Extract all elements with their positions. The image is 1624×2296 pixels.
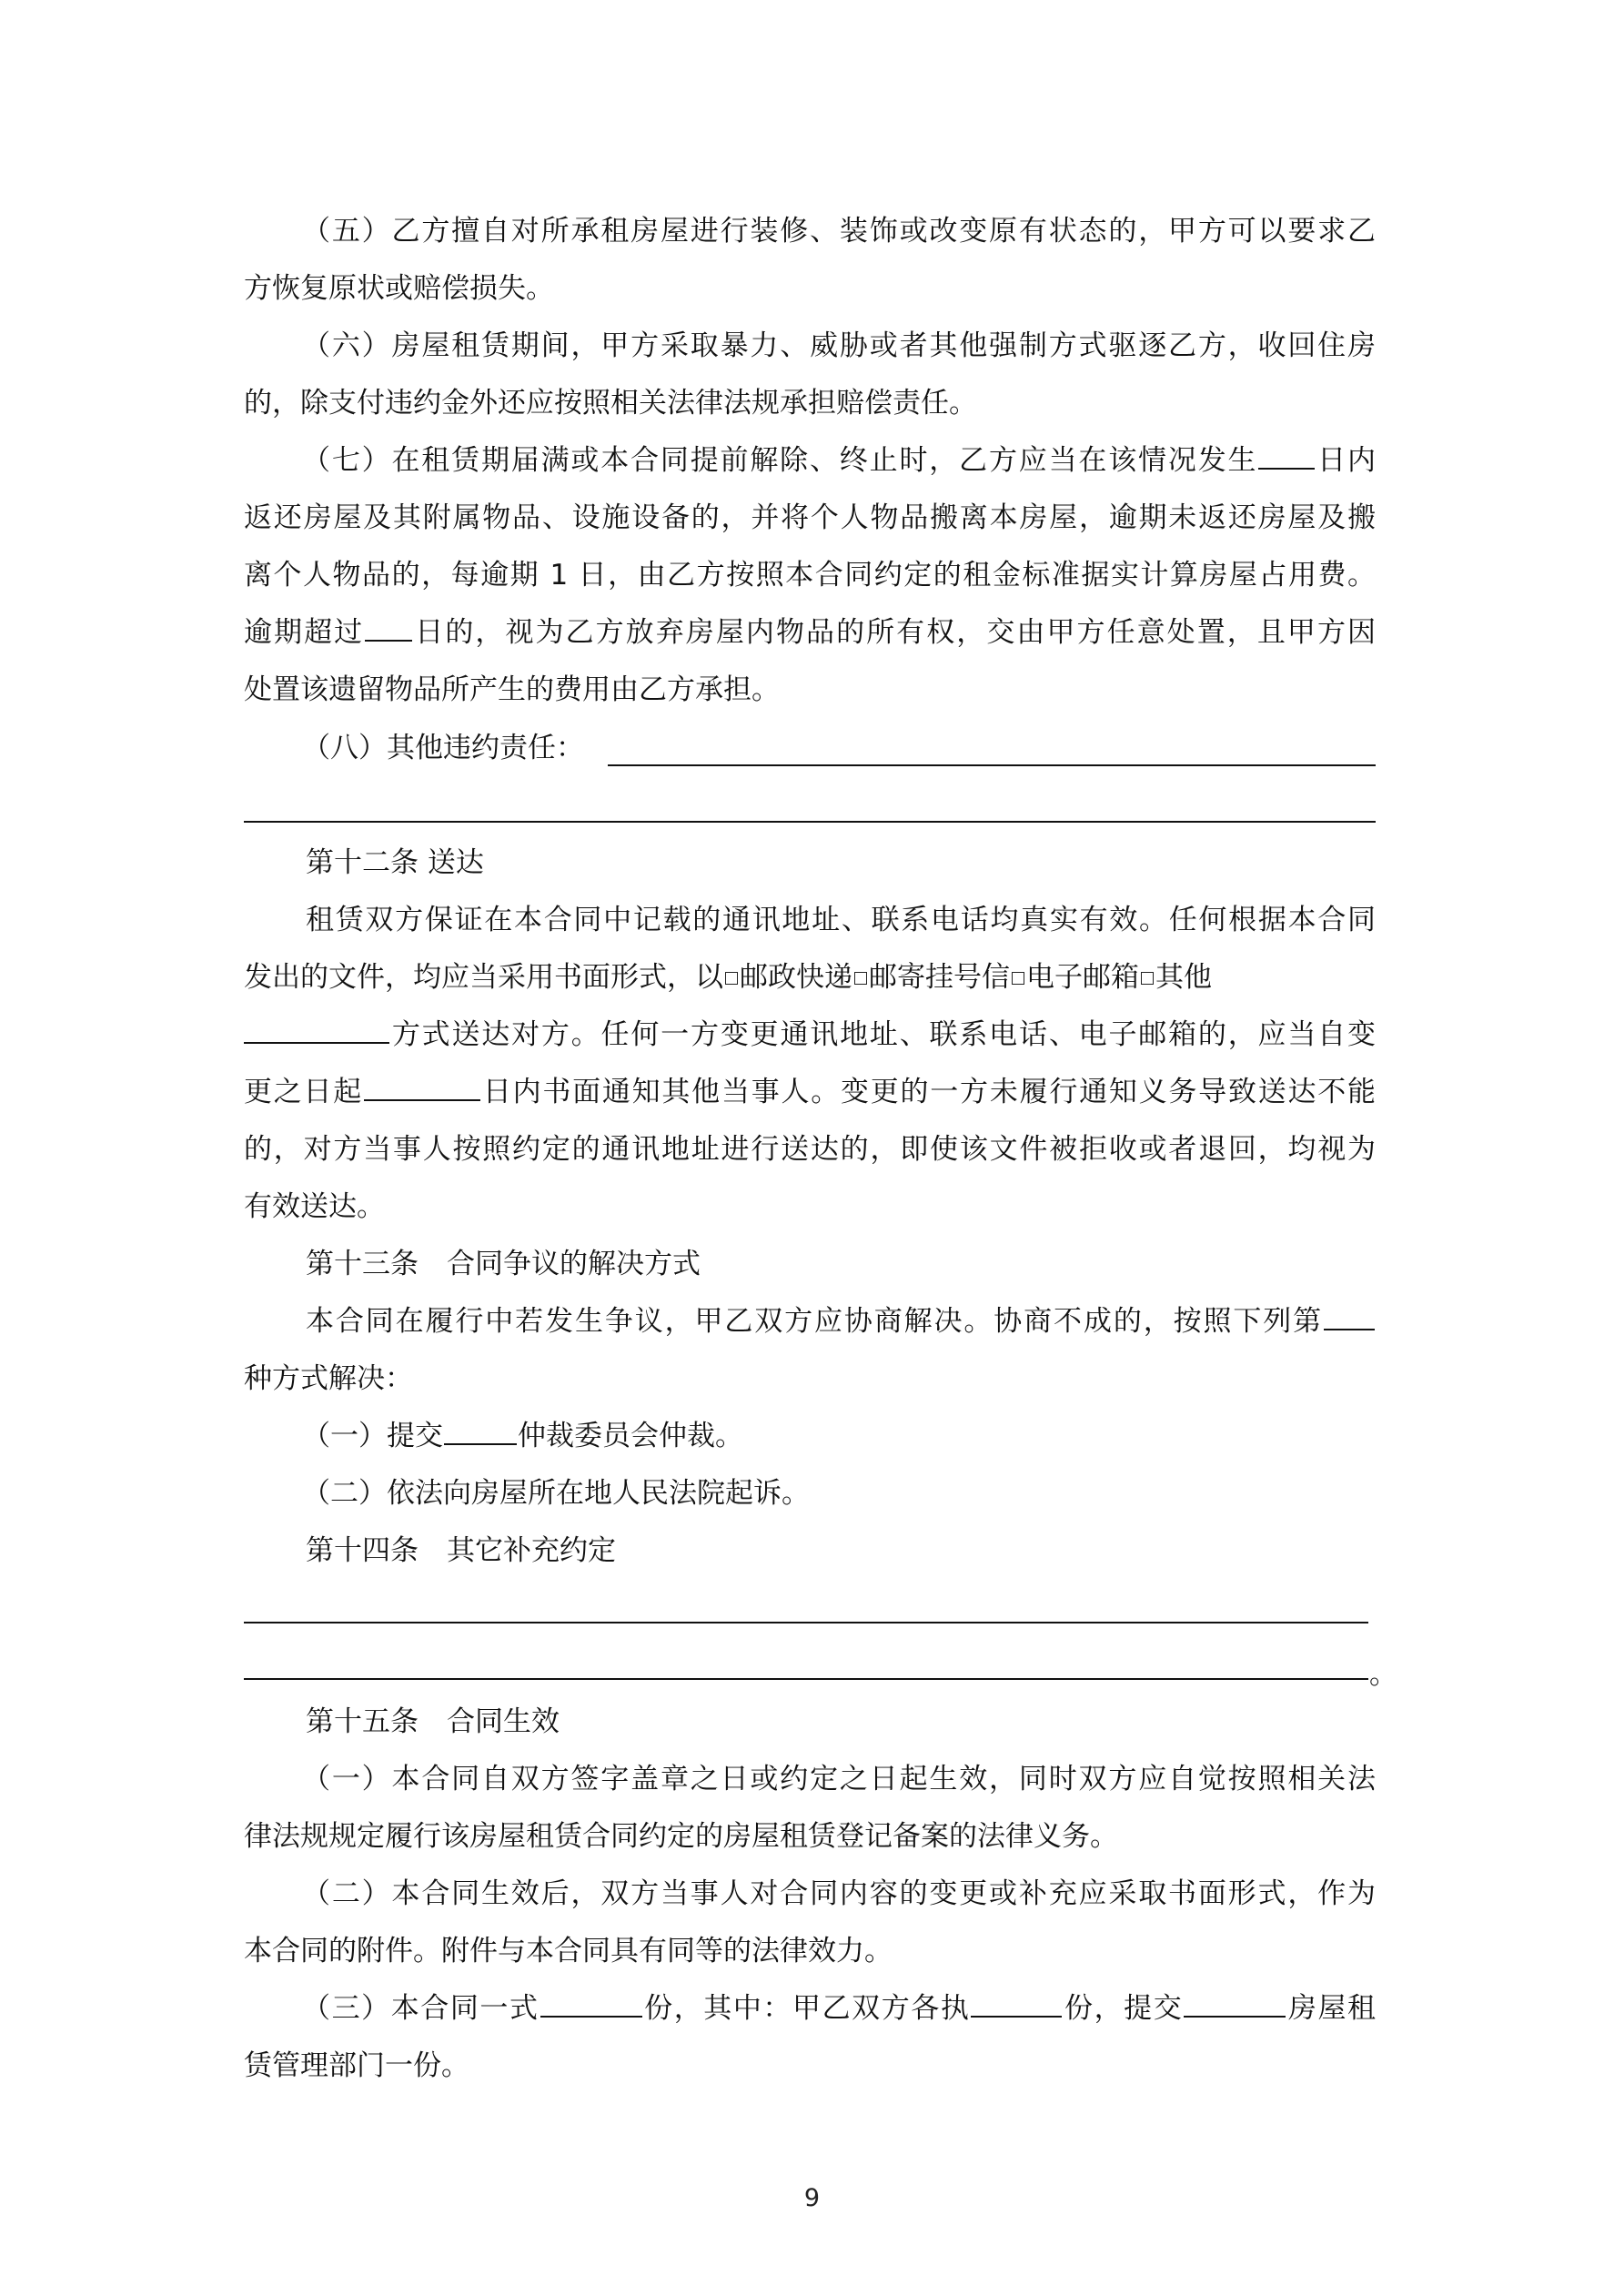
- text: （二）本合同生效后，双方当事人对合同内容的变更或补充应采取书面形式，作为: [302, 1877, 1376, 1910]
- text: 离个人物品的，每逾期 1 日，由乙方按照本合同约定的租金标准据实计算房屋占用费。: [244, 559, 1376, 592]
- fill-line-supplement-1[interactable]: [244, 1622, 1368, 1623]
- text: 租赁双方保证在本合同中记载的通讯地址、联系电话均真实有效。任何根据本合同: [306, 904, 1376, 936]
- heading: 第十三条 合同争议的解决方式: [306, 1248, 701, 1280]
- article-13-option-2: （二）依法向房屋所在地人民法院起诉。: [244, 1473, 1376, 1513]
- clause-item-7-line-2: 返还房屋及其附属物品、设施设备的，并将个人物品搬离本房屋，逾期未返还房屋及搬: [244, 498, 1376, 538]
- heading: 第十四条 其它补充约定: [306, 1534, 616, 1567]
- article-15-item-1-line-1: （一）本合同自双方签字盖章之日或约定之日起生效，同时双方应自觉按照相关法: [244, 1759, 1376, 1799]
- text: （八）其他违约责任：: [302, 732, 584, 764]
- checkbox-email[interactable]: [1012, 972, 1024, 985]
- article-13-line-2: 种方式解决：: [244, 1359, 1376, 1399]
- article-14-title: 第十四条 其它补充约定: [244, 1531, 1376, 1571]
- text: （三）本合同一式: [302, 1992, 540, 2025]
- article-12-line-1: 租赁双方保证在本合同中记载的通讯地址、联系电话均真实有效。任何根据本合同: [244, 900, 1376, 940]
- checkbox-postal-express[interactable]: [725, 972, 738, 985]
- text: （六）房屋租赁期间，甲方采取暴力、威胁或者其他强制方式驱逐乙方，收回住房: [302, 329, 1376, 362]
- text: 更之日起: [244, 1076, 363, 1108]
- option-label: 邮政快递: [740, 961, 852, 994]
- text: 方恢复原状或赔偿损失。: [244, 272, 554, 305]
- text: 返还房屋及其附属物品、设施设备的，并将个人物品搬离本房屋，逾期未返还房屋及搬: [244, 501, 1376, 534]
- article-12-line-2: 发出的文件，均应当采用书面形式，以邮政快递邮寄挂号信电子邮箱其他: [244, 957, 1376, 997]
- heading: 第十五条 合同生效: [306, 1705, 560, 1738]
- text: 发出的文件，均应当采用书面形式，以: [244, 961, 723, 994]
- option-label: 电子邮箱: [1026, 961, 1139, 994]
- article-15-title: 第十五条 合同生效: [244, 1702, 1376, 1742]
- clause-item-7-line-4: 逾期超过日的，视为乙方放弃房屋内物品的所有权，交由甲方任意处置，且甲方因: [244, 612, 1376, 652]
- fill-line-other-liability-1[interactable]: [608, 764, 1376, 766]
- document-page: （五）乙方擅自对所承租房屋进行装修、装饰或改变原有状态的，甲方可以要求乙 方恢复…: [0, 0, 1624, 2296]
- article-12-line-3: 方式送达对方。任何一方变更通讯地址、联系电话、电子邮箱的，应当自变: [244, 1015, 1376, 1055]
- clause-item-7-line-1: （七）在租赁期届满或本合同提前解除、终止时，乙方应当在该情况发生日内: [244, 440, 1376, 480]
- clause-item-6-line-2: 的，除支付违约金外还应按照相关法律法规承担赔偿责任。: [244, 383, 1376, 423]
- option-label: 其他: [1155, 961, 1212, 994]
- clause-item-5-line-1: （五）乙方擅自对所承租房屋进行装修、装饰或改变原有状态的，甲方可以要求乙: [244, 211, 1376, 251]
- article-13-option-1: （一）提交仲裁委员会仲裁。: [244, 1416, 1376, 1456]
- checkbox-other[interactable]: [1141, 972, 1154, 985]
- fill-blank-notice-days[interactable]: [364, 1072, 480, 1101]
- fill-line-other-liability-2[interactable]: [244, 821, 1376, 823]
- fill-blank-other-method[interactable]: [244, 1015, 389, 1044]
- fill-blank-copies-each-party[interactable]: [971, 1988, 1062, 2018]
- article-13-title: 第十三条 合同争议的解决方式: [244, 1244, 1376, 1284]
- article-12-line-4: 更之日起日内书面通知其他当事人。变更的一方未履行通知义务导致送达不能: [244, 1072, 1376, 1112]
- fill-line-supplement-2[interactable]: [244, 1678, 1368, 1680]
- text: 方式送达对方。任何一方变更通讯地址、联系电话、电子邮箱的，应当自变: [390, 1018, 1376, 1051]
- checkbox-registered-mail[interactable]: [854, 972, 867, 985]
- fill-blank-arbitration-commission[interactable]: [444, 1416, 517, 1445]
- article-15-item-2-line-1: （二）本合同生效后，双方当事人对合同内容的变更或补充应采取书面形式，作为: [244, 1874, 1376, 1914]
- option-label: 邮寄挂号信: [869, 961, 1010, 994]
- page-number: 9: [0, 2184, 1624, 2212]
- text: 份，其中：甲乙双方各执: [643, 1992, 971, 2025]
- fill-blank-days-return[interactable]: [1258, 440, 1315, 470]
- fill-blank-resolution-choice[interactable]: [1324, 1301, 1375, 1330]
- text: 本合同在履行中若发生争议，甲乙双方应协商解决。协商不成的，按照下列第: [306, 1305, 1323, 1338]
- article-12-line-5: 的，对方当事人按照约定的通讯地址进行送达的，即使该文件被拒收或者退回，均视为: [244, 1129, 1376, 1169]
- text: （七）在租赁期届满或本合同提前解除、终止时，乙方应当在该情况发生: [302, 444, 1257, 477]
- text: 日内: [1316, 444, 1376, 477]
- heading: 第十二条 送达: [306, 846, 484, 879]
- text: 的，对方当事人按照约定的通讯地址进行送达的，即使该文件被拒收或者退回，均视为: [244, 1133, 1376, 1166]
- text: （一）提交: [302, 1420, 443, 1452]
- article-15-item-1-line-2: 律法规规定履行该房屋租赁合同约定的房屋租赁登记备案的法律义务。: [244, 1816, 1376, 1856]
- text: 日内书面通知其他当事人。变更的一方未履行通知义务导致送达不能: [481, 1076, 1376, 1108]
- article-12-title: 第十二条 送达: [244, 843, 1376, 883]
- clause-item-7-line-5: 处置该遗留物品所产生的费用由乙方承担。: [244, 670, 1376, 710]
- text: 种方式解决：: [244, 1362, 413, 1395]
- text: 逾期超过: [244, 616, 364, 649]
- article-15-item-3-line-1: （三）本合同一式份，其中：甲乙双方各执份，提交房屋租: [244, 1988, 1376, 2028]
- article-15-item-2-line-2: 本合同的附件。附件与本合同具有同等的法律效力。: [244, 1931, 1376, 1971]
- text: （二）依法向房屋所在地人民法院起诉。: [302, 1477, 810, 1510]
- text: 律法规规定履行该房屋租赁合同约定的房屋租赁登记备案的法律义务。: [244, 1820, 1118, 1853]
- text: 处置该遗留物品所产生的费用由乙方承担。: [244, 673, 780, 706]
- text: 房屋租: [1286, 1992, 1376, 2025]
- article-13-line-1: 本合同在履行中若发生争议，甲乙双方应协商解决。协商不成的，按照下列第: [244, 1301, 1376, 1341]
- fill-blank-total-copies[interactable]: [540, 1988, 642, 2018]
- clause-item-7-line-3: 离个人物品的，每逾期 1 日，由乙方按照本合同约定的租金标准据实计算房屋占用费。: [244, 555, 1376, 595]
- clause-item-6-line-1: （六）房屋租赁期间，甲方采取暴力、威胁或者其他强制方式驱逐乙方，收回住房: [244, 326, 1376, 366]
- text: （五）乙方擅自对所承租房屋进行装修、装饰或改变原有状态的，甲方可以要求乙: [302, 215, 1376, 248]
- text: 本合同的附件。附件与本合同具有同等的法律效力。: [244, 1935, 893, 1967]
- clause-item-8-label: （八）其他违约责任：: [244, 728, 1376, 768]
- text: 的，除支付违约金外还应按照相关法律法规承担赔偿责任。: [244, 387, 977, 420]
- article-14-end-mark: 。: [1369, 1654, 1397, 1694]
- clause-item-5-line-2: 方恢复原状或赔偿损失。: [244, 268, 1376, 308]
- text: 份，提交: [1063, 1992, 1183, 2025]
- fill-blank-submit-department[interactable]: [1184, 1988, 1286, 2018]
- text: 仲裁委员会仲裁。: [518, 1420, 743, 1452]
- article-15-item-3-line-2: 赁管理部门一份。: [244, 2046, 1376, 2086]
- fill-blank-days-overdue[interactable]: [365, 612, 412, 642]
- article-12-line-6: 有效送达。: [244, 1187, 1376, 1227]
- text: （一）本合同自双方签字盖章之日或约定之日起生效，同时双方应自觉按照相关法: [302, 1763, 1376, 1795]
- text: 赁管理部门一份。: [244, 2049, 469, 2082]
- text: 有效送达。: [244, 1190, 385, 1223]
- text: 日的，视为乙方放弃房屋内物品的所有权，交由甲方任意处置，且甲方因: [413, 616, 1376, 649]
